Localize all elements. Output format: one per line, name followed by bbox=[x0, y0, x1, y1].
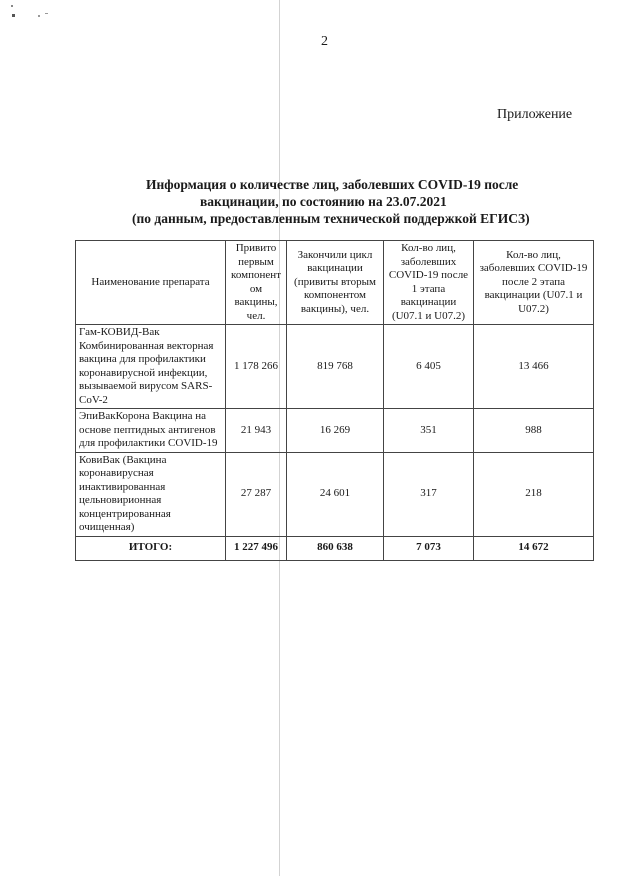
drug-name: КовиВак (Вакцина коронавирусная инактиви… bbox=[76, 452, 226, 536]
title-line-1: Информация о количестве лиц, заболевших … bbox=[130, 176, 600, 193]
total-first-component: 1 227 496 bbox=[226, 536, 287, 560]
header-ill-stage2: Кол-во лиц, заболевших COVID-19 после 2 … bbox=[474, 241, 594, 325]
ill-stage2-count: 13 466 bbox=[474, 325, 594, 409]
vaccination-table: Наименование препарата Привито первым ко… bbox=[75, 240, 594, 561]
completed-count: 819 768 bbox=[287, 325, 384, 409]
header-first-component: Привито первым компонент ом вакцины, чел… bbox=[226, 241, 287, 325]
appendix-label: Приложение bbox=[497, 107, 572, 123]
total-ill-stage1: 7 073 bbox=[384, 536, 474, 560]
table-row: Гам-КОВИД-Вак Комбинированная векторная … bbox=[76, 325, 594, 409]
ill-stage2-count: 988 bbox=[474, 409, 594, 453]
table-row: КовиВак (Вакцина коронавирусная инактиви… bbox=[76, 452, 594, 536]
drug-name: Гам-КОВИД-Вак Комбинированная векторная … bbox=[76, 325, 226, 409]
first-component-count: 27 287 bbox=[226, 452, 287, 536]
ill-stage1-count: 317 bbox=[384, 452, 474, 536]
drug-name: ЭпиВакКорона Вакцина на основе пептидных… bbox=[76, 409, 226, 453]
page-number: 2 bbox=[321, 34, 328, 50]
total-ill-stage2: 14 672 bbox=[474, 536, 594, 560]
total-completed: 860 638 bbox=[287, 536, 384, 560]
table-header-row: Наименование препарата Привито первым ко… bbox=[76, 241, 594, 325]
title-line-3: (по данным, предоставленным технической … bbox=[130, 210, 600, 227]
ill-stage1-count: 6 405 bbox=[384, 325, 474, 409]
table-row: ЭпиВакКорона Вакцина на основе пептидных… bbox=[76, 409, 594, 453]
ill-stage2-count: 218 bbox=[474, 452, 594, 536]
first-component-count: 1 178 266 bbox=[226, 325, 287, 409]
scan-artifact bbox=[12, 14, 15, 17]
scan-artifact bbox=[38, 15, 40, 17]
header-completed: Закончили цикл вакцинации (привиты вторы… bbox=[287, 241, 384, 325]
first-component-count: 21 943 bbox=[226, 409, 287, 453]
table-total-row: ИТОГО: 1 227 496 860 638 7 073 14 672 bbox=[76, 536, 594, 560]
scan-artifact bbox=[11, 5, 13, 7]
ill-stage1-count: 351 bbox=[384, 409, 474, 453]
header-ill-stage1: Кол-во лиц, заболевших COVID-19 после 1 … bbox=[384, 241, 474, 325]
completed-count: 24 601 bbox=[287, 452, 384, 536]
title-line-2: вакцинации, по состоянию на 23.07.2021 bbox=[130, 193, 600, 210]
completed-count: 16 269 bbox=[287, 409, 384, 453]
scan-artifact bbox=[45, 13, 48, 14]
total-label: ИТОГО: bbox=[76, 536, 226, 560]
header-drug-name: Наименование препарата bbox=[76, 241, 226, 325]
document-title: Информация о количестве лиц, заболевших … bbox=[130, 176, 600, 227]
